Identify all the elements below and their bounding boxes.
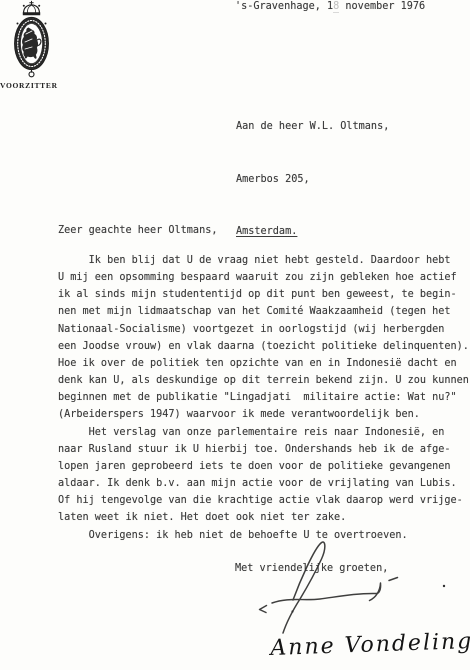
body-line: een Joodse vrouw) en vlak daarna (toezic… (58, 338, 469, 355)
body-line: Nationaal-Socialisme) voortgezet in oorl… (58, 321, 469, 338)
body-line: beginnen met de publikatie "Lingadjati m… (58, 389, 469, 406)
body-line: naar Rusland stuur ik U hierbij toe. Ond… (58, 441, 469, 458)
royal-coat-of-arms-icon (0, 0, 64, 80)
date-line: 's-Gravenhage, 18 november 1976 (235, 1, 425, 12)
obscured-date-digit: 8 (333, 1, 339, 13)
body-line: denk kan U, als deskundige op dit terrei… (58, 372, 469, 389)
recipient-name: Aan de heer W.L. Oltmans, (236, 118, 389, 136)
date-place: 's-Gravenhage, 1 (235, 1, 333, 12)
letter-page: VOORZITTER 's-Gravenhage, 18 november 19… (0, 0, 470, 670)
body-line: Hoe ik over de politiek ten opzichte van… (58, 355, 469, 372)
recipient-address: Aan de heer W.L. Oltmans, Amerbos 205, A… (236, 83, 389, 276)
body-line: aldaar. Ik denk b.v. aan mijn actie voor… (58, 475, 469, 492)
body-line: Het verslag van onze parlementaire reis … (58, 424, 469, 441)
recipient-city: Amsterdam. (236, 223, 389, 241)
letterhead-title: VOORZITTER (0, 81, 60, 90)
body-line: lopen jaren geprobeerd iets te doen voor… (58, 458, 469, 475)
date-rest: november 1976 (339, 1, 425, 12)
body-line: Ik ben blij dat U de vraag niet hebt ges… (58, 252, 469, 269)
letter-body: Ik ben blij dat U de vraag niet hebt ges… (58, 252, 469, 544)
body-line: ik al sinds mijn studententijd op dit pu… (58, 286, 469, 303)
body-line: (Arbeiderspers 1947) waarvoor ik mede ve… (58, 406, 469, 423)
salutation: Zeer geachte heer Oltmans, (58, 225, 217, 236)
body-line: U mij een opsomming bespaard waaruit zou… (58, 269, 469, 286)
recipient-street: Amerbos 205, (236, 171, 389, 189)
body-line: nen met mijn lidmaatschap van het Comité… (58, 303, 469, 320)
